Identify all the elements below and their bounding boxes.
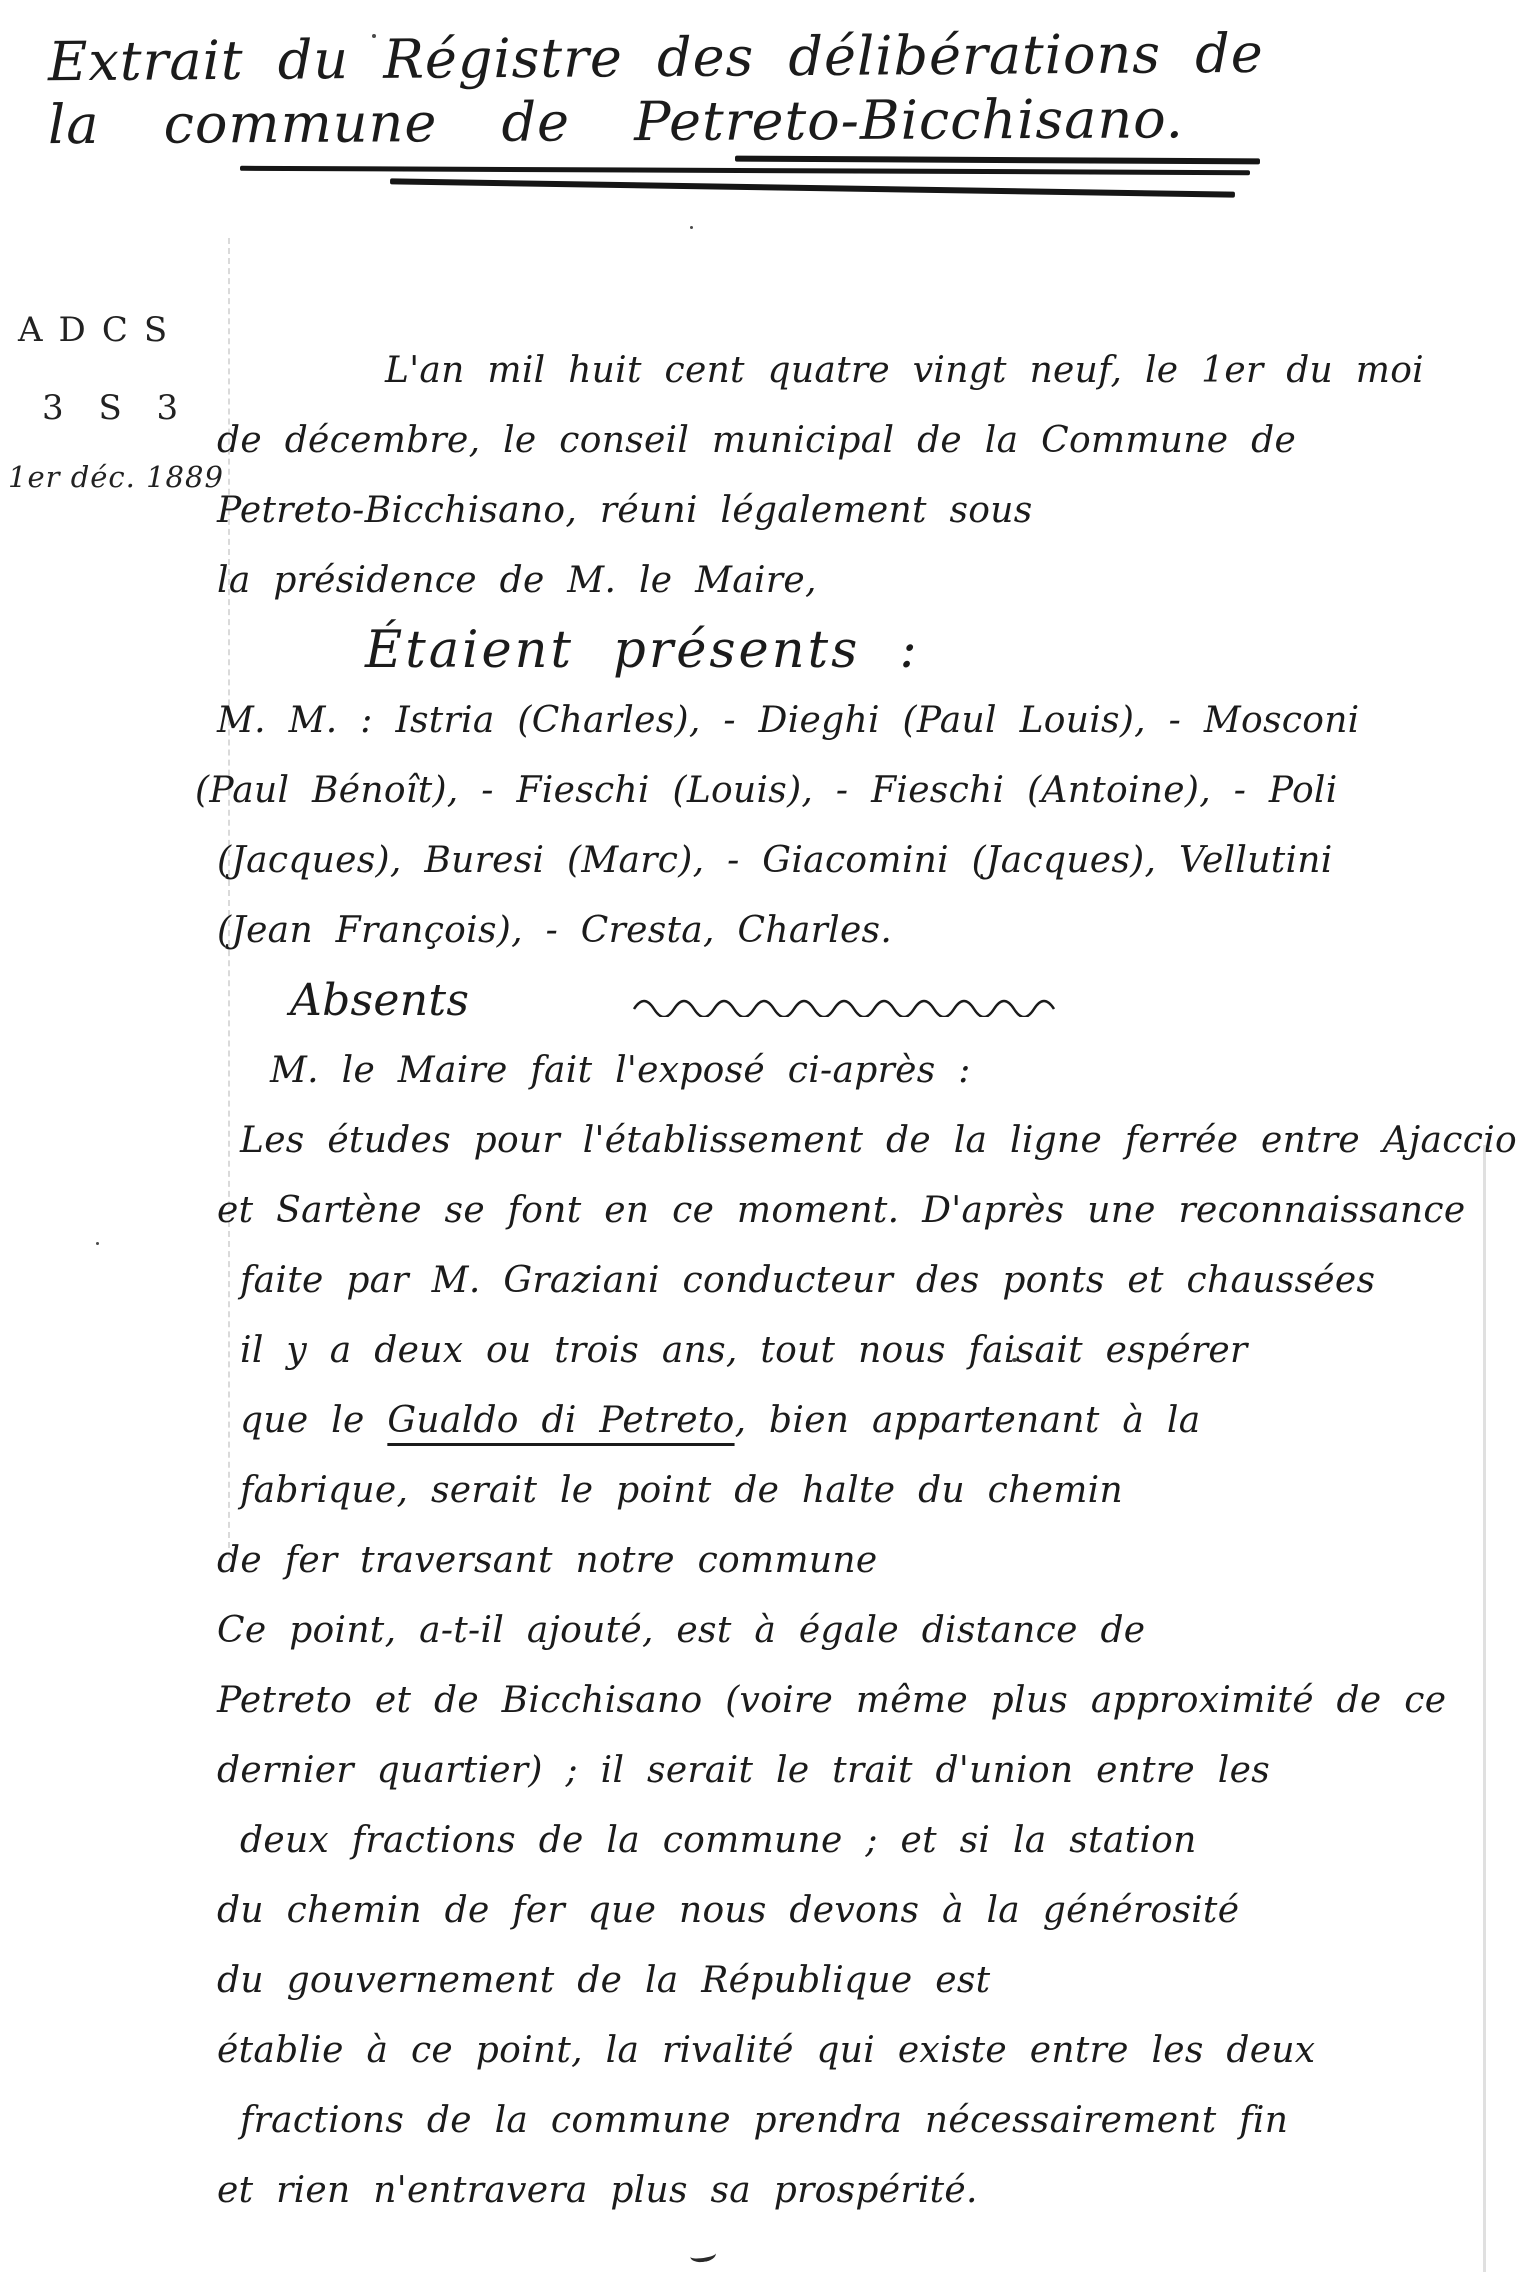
title-underline-bar: [735, 156, 1260, 165]
deliberation-body: L'an mil huit cent quatre vingt neuf, le…: [195, 336, 1505, 2226]
body-line: du gouvernement de la République est: [195, 1946, 1505, 2016]
gualdo-line-pre: que le: [240, 1400, 387, 1441]
scan-edge-artifact: [1483, 1145, 1486, 2272]
body-line: et Sartène se font en ce moment. D'après…: [195, 1176, 1505, 1246]
body-line: du chemin de fer que nous devons à la gé…: [195, 1876, 1505, 1946]
body-line: Les études pour l'établissement de la li…: [195, 1106, 1505, 1176]
body-line: Petreto et de Bicchisano (voire même plu…: [195, 1666, 1505, 1736]
body-line: dernier quartier) ; il serait le trait d…: [195, 1736, 1505, 1806]
gualdo-underlined-text: Gualdo di Petreto: [387, 1400, 734, 1441]
title-underline-bar: [240, 166, 1250, 175]
body-line: M. le Maire fait l'exposé ci-après :: [195, 1036, 1505, 1106]
scan-speck: [1012, 1358, 1017, 1362]
body-line: fractions de la commune prendra nécessai…: [195, 2086, 1505, 2156]
body-line-present-members: M. M. : Istria (Charles), - Dieghi (Paul…: [195, 686, 1505, 756]
scan-speck: [372, 34, 376, 38]
margin-archive-code: ADCS: [18, 310, 183, 350]
scan-speck: [96, 1242, 99, 1245]
document-title: Extrait du Régistre des délibérations de…: [48, 26, 1264, 154]
body-line-present-members: (Jean François), - Cresta, Charles.: [195, 896, 1505, 966]
bottom-ink-mark: [689, 2246, 717, 2263]
gualdo-line-post: , bien appartenant à la: [735, 1400, 1201, 1441]
body-line: de fer traversant notre commune: [195, 1526, 1505, 1596]
margin-series-code: 3 S 3: [42, 388, 190, 428]
scan-speck: [690, 226, 693, 229]
scanned-document-page: Extrait du Régistre des délibérations de…: [0, 0, 1536, 2272]
absents-label: Absents: [290, 975, 469, 1026]
present-heading: Étaient présents :: [195, 616, 1505, 686]
title-line-1: Extrait du Régistre des délibérations de: [48, 22, 1264, 94]
title-underline-bar: [390, 178, 1235, 197]
body-line: Petreto-Bicchisano, réuni légalement sou…: [195, 476, 1505, 546]
gualdo-line: que le Gualdo di Petreto, bien appartena…: [195, 1386, 1505, 1456]
body-line: et rien n'entravera plus sa prospérité.: [195, 2156, 1505, 2226]
body-line: il y a deux ou trois ans, tout nous fais…: [195, 1316, 1505, 1386]
body-line: fabrique, serait le point de halte du ch…: [195, 1456, 1505, 1526]
body-line: faite par M. Graziani conducteur des pon…: [195, 1246, 1505, 1316]
body-line: établie à ce point, la rivalité qui exis…: [195, 2016, 1505, 2086]
title-line-2: la commune de Petreto-Bicchisano.: [48, 87, 1264, 157]
body-line: L'an mil huit cent quatre vingt neuf, le…: [195, 336, 1505, 406]
absents-line: Absents: [195, 966, 1505, 1036]
body-line: deux fractions de la commune ; et si la …: [195, 1806, 1505, 1876]
body-line: la présidence de M. le Maire,: [195, 546, 1505, 616]
margin-date: 1er déc. 1889: [8, 460, 224, 494]
body-line: Ce point, a-t-il ajouté, est à égale dis…: [195, 1596, 1505, 1666]
squiggle-flourish: [629, 991, 1059, 1017]
body-line-present-members: (Paul Bénoît), - Fieschi (Louis), - Fies…: [195, 756, 1505, 826]
body-line: de décembre, le conseil municipal de la …: [195, 406, 1505, 476]
body-line-present-members: (Jacques), Buresi (Marc), - Giacomini (J…: [195, 826, 1505, 896]
